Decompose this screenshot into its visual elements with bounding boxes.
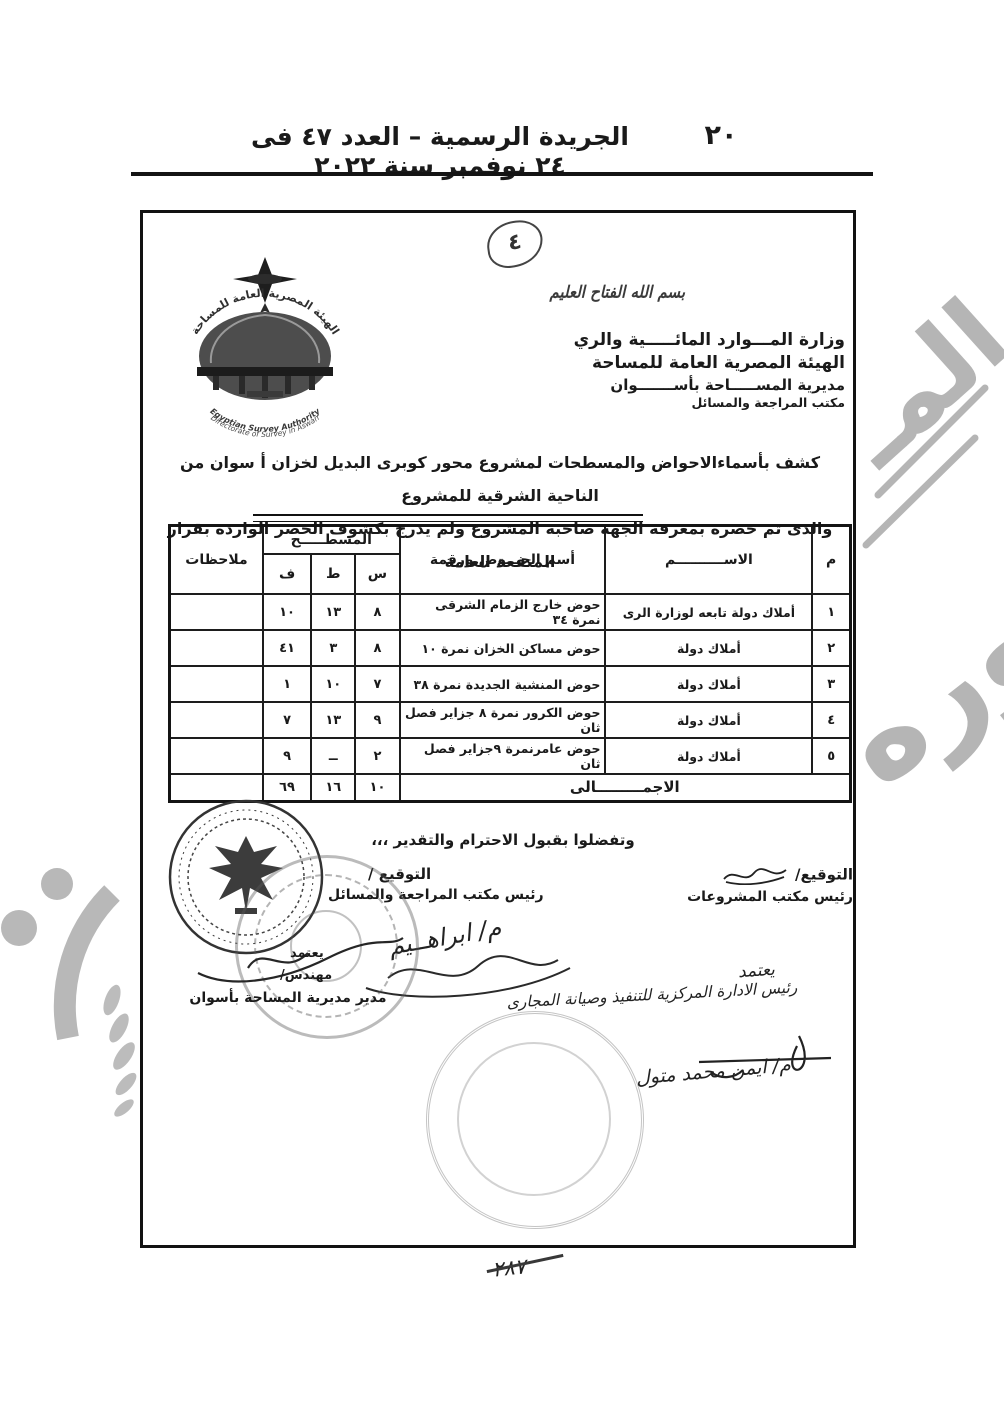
letterhead-directorate: مديرية المســـــاحة بأســـــــوان: [565, 375, 845, 395]
basmala-handwriting: بسم الله الفتاح العليم: [535, 282, 685, 302]
cell-name: أملاك دولة: [605, 630, 812, 666]
document-frame: ٤ الهيئة المصرية العامة للمساحة: [140, 210, 856, 1248]
signature-scribble: [720, 865, 790, 885]
signature-label: التوقيع/: [795, 866, 853, 884]
cell-t: ١٣: [311, 702, 355, 738]
cell-name: أملاك دولة: [605, 738, 812, 774]
cell-notes: [170, 702, 263, 738]
cell-s: ٨: [355, 630, 399, 666]
cell-serial: ٤: [812, 702, 850, 738]
dome-icon: [197, 303, 333, 400]
table-row: ٢ أملاك دولة حوض مساكن الخزان نمرة ١٠ ٨ …: [170, 630, 851, 666]
cell-notes: [170, 738, 263, 774]
watermark-logo-arc: [1, 868, 140, 1120]
watermark-slashes: [866, 388, 985, 545]
letterhead-authority: الهيئة المصرية العامة للمساحة: [565, 352, 845, 375]
cell-s: ٨: [355, 594, 399, 630]
letterhead-office: مكتب المراجعة والمسائل: [565, 395, 845, 412]
cell-serial: ٥: [812, 738, 850, 774]
cell-s: ٢: [355, 738, 399, 774]
cell-f: ٤١: [263, 630, 311, 666]
total-label: الاجمـــــــــالى: [400, 774, 851, 801]
cell-s: ٩: [355, 702, 399, 738]
cell-name: أملاك دولة: [605, 702, 812, 738]
survey-authority-emblem: الهيئة المصرية العامة للمساحة Egyptian S…: [169, 251, 359, 451]
cell-serial: ١: [812, 594, 850, 630]
statement-title-line1: كشف بأسماءالاحواض والمسطحات لمشروع محور …: [161, 446, 839, 512]
table-row: ١ أملاك دولة تابعه لوزارة الرى حوض خارج …: [170, 594, 851, 630]
table-header-row-1: م الاســــــــــم أسم الحـــوض ورقمة الم…: [170, 526, 851, 555]
cell-t: ١٠: [311, 666, 355, 702]
col-header-s: س: [355, 554, 399, 594]
cell-name: أملاك دولة تابعه لوزارة الرى: [605, 594, 812, 630]
cell-t: ١٣: [311, 594, 355, 630]
signature-block-projects: التوقيع/ رئيس مكتب المشروعات: [638, 865, 853, 905]
total-s: ١٠: [355, 774, 399, 801]
cell-t: ــ: [311, 738, 355, 774]
title-underline: [253, 514, 643, 522]
gazette-page: { "page": { "header": { "gazette_title":…: [0, 0, 1004, 1417]
cell-f: ١٠: [263, 594, 311, 630]
table-row: ٣ أملاك دولة حوض المنشية الجديدة نمرة ٣٨…: [170, 666, 851, 702]
table-row: ٤ أملاك دولة حوض الكرور نمرة ٨ جزاير فصل…: [170, 702, 851, 738]
table-row: ٥ أملاك دولة حوض عامرنمرة ٩جزاير فصل ثان…: [170, 738, 851, 774]
engineer-grade: مهندس/: [280, 968, 332, 983]
cell-notes: [170, 594, 263, 630]
col-header-basin: أسم الحـــوض ورقمة: [400, 526, 606, 595]
cell-basin: حوض خارج الزمام الشرقى نمرة ٣٤: [400, 594, 606, 630]
cell-f: ٩: [263, 738, 311, 774]
cell-f: ١: [263, 666, 311, 702]
approval-word: يعتمد: [290, 946, 324, 961]
cell-f: ٧: [263, 702, 311, 738]
page-number: ٢٠: [698, 120, 744, 151]
cell-t: ٣: [311, 630, 355, 666]
header-rule: [131, 172, 873, 176]
cell-basin: حوض المنشية الجديدة نمرة ٣٨: [400, 666, 606, 702]
col-header-name: الاســــــــــم: [605, 526, 812, 595]
col-header-notes: ملاحظات: [170, 526, 263, 595]
cell-notes: [170, 666, 263, 702]
handwritten-circled-number: ٤: [484, 217, 546, 270]
letterhead-ministry: وزارة المـــوارد المائـــــية والري: [565, 329, 845, 352]
cell-basin: حوض مساكن الخزان نمرة ١٠: [400, 630, 606, 666]
signature-title: رئيس مكتب المشروعات: [656, 889, 853, 905]
cell-serial: ٢: [812, 630, 850, 666]
col-header-t: ط: [311, 554, 355, 594]
stamp-inner-ring: [457, 1042, 611, 1196]
cell-s: ٧: [355, 666, 399, 702]
faint-round-stamp: [426, 1011, 644, 1229]
basins-table: م الاســــــــــم أسم الحـــوض ورقمة الم…: [168, 524, 852, 803]
col-header-area-group: المسطـــــح: [263, 526, 400, 555]
closing-line: وتفضلوا بقبول الاحترام والتقدير ،،،: [353, 831, 653, 849]
cell-notes: [170, 630, 263, 666]
letterhead: وزارة المـــوارد المائـــــية والري الهي…: [565, 329, 845, 412]
cell-basin: حوض عامرنمرة ٩جزاير فصل ثان: [400, 738, 606, 774]
cell-serial: ٣: [812, 666, 850, 702]
col-header-f: ف: [263, 554, 311, 594]
director-title: مدير مديرية المساحة بأسوان: [143, 990, 433, 1006]
cell-basin: حوض الكرور نمرة ٨ جزاير فصل ثان: [400, 702, 606, 738]
cell-name: أملاك دولة: [605, 666, 812, 702]
col-header-serial: م: [812, 526, 850, 595]
